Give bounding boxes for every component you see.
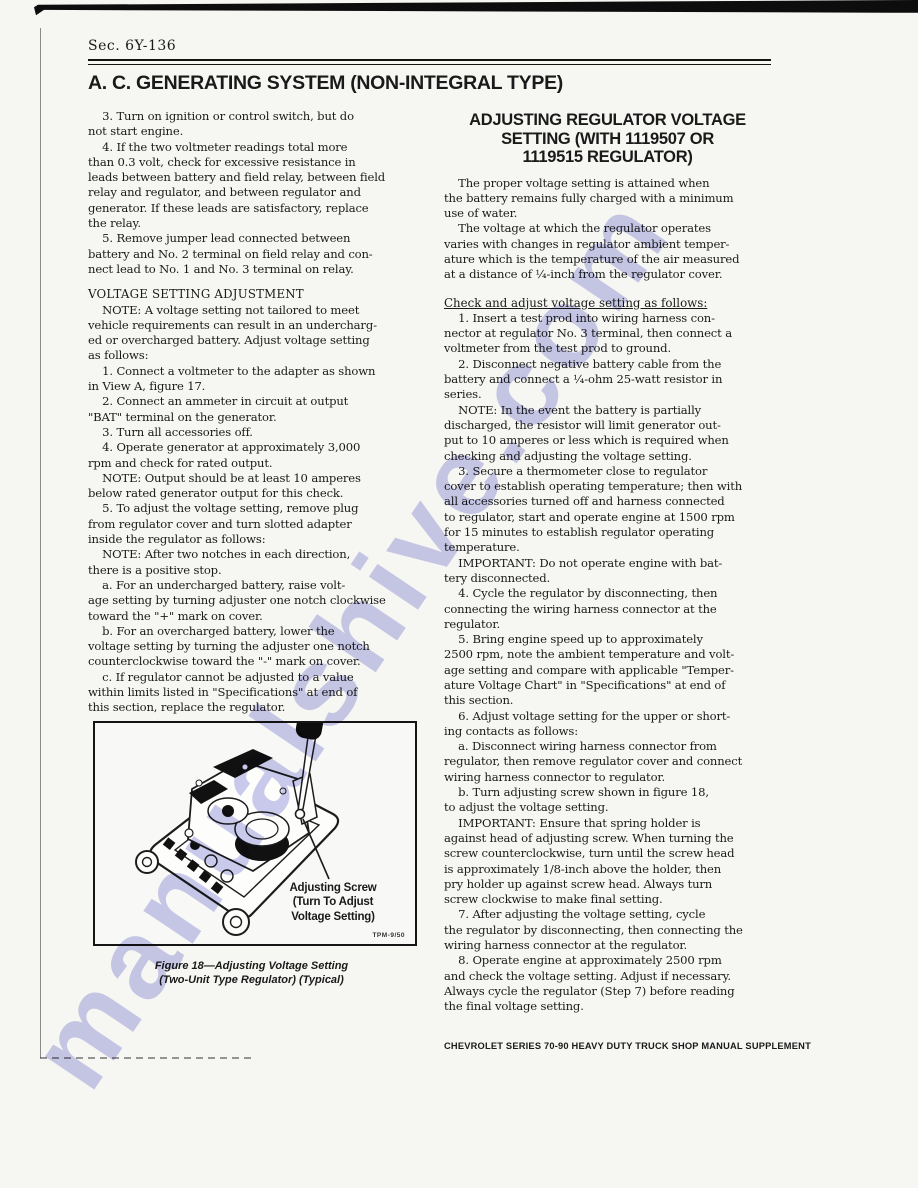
paragraph-note-discharged-battery: NOTE: In the event the battery is partia…	[444, 403, 771, 464]
paragraph-item-b: b. For an overcharged battery, lower the…	[88, 624, 415, 670]
subheading-voltage-setting-adjustment: VOLTAGE SETTING ADJUSTMENT	[88, 287, 415, 302]
figure-caption: Figure 18—Adjusting Voltage Setting (Two…	[88, 959, 415, 987]
paragraph-adj-step-4: 4. Operate generator at approximately 3,…	[88, 440, 415, 471]
paragraph-note-output: NOTE: Output should be at least 10 amper…	[88, 471, 415, 502]
paragraph-check-step-6: 6. Adjust voltage setting for the upper …	[444, 709, 771, 740]
paragraph-check-step-7: 7. After adjusting the voltage setting, …	[444, 907, 771, 953]
paragraph-note-notches: NOTE: After two notches in each directio…	[88, 547, 415, 578]
left-column: 3. Turn on ignition or control switch, b…	[88, 109, 415, 987]
paragraph-step-3: 3. Turn on ignition or control switch, b…	[88, 109, 415, 140]
header-divider-rule	[88, 59, 771, 65]
page-content: Sec. 6Y-136 A. C. GENERATING SYSTEM (NON…	[88, 38, 771, 1051]
right-column-heading: ADJUSTING REGULATOR VOLTAGE SETTING (WIT…	[444, 111, 771, 167]
paragraph-check-step-4: 4. Cycle the regulator by disconnecting,…	[444, 586, 771, 632]
paragraph-important-spring-holder: IMPORTANT: Ensure that spring holder is …	[444, 816, 771, 908]
figure-reference-code: TPM-9/50	[372, 932, 405, 939]
figure-callout-adjusting-screw: Adjusting Screw (Turn To Adjust Voltage …	[253, 881, 413, 925]
paragraph-item-b-right: b. Turn adjusting screw shown in figure …	[444, 785, 771, 816]
scan-bottom-edge-line	[40, 1057, 255, 1059]
paragraph-step-4: 4. If the two voltmeter readings total m…	[88, 140, 415, 232]
paragraph-check-step-1: 1. Insert a test prod into wiring harnes…	[444, 311, 771, 357]
paragraph-adj-step-2: 2. Connect an ammeter in circuit at outp…	[88, 394, 415, 425]
figure-18: Adjusting Screw (Turn To Adjust Voltage …	[93, 721, 417, 946]
page-title: A. C. GENERATING SYSTEM (NON-INTEGRAL TY…	[88, 72, 771, 95]
scan-top-edge-band	[0, 0, 918, 16]
paragraph-check-step-2: 2. Disconnect negative battery cable fro…	[444, 357, 771, 403]
paragraph-proper-voltage: The proper voltage setting is attained w…	[444, 176, 771, 222]
paragraph-adj-step-5: 5. To adjust the voltage setting, remove…	[88, 501, 415, 547]
section-label: Sec. 6Y-136	[88, 38, 771, 54]
paragraph-check-step-5: 5. Bring engine speed up to approximatel…	[444, 632, 771, 708]
subheading-check-and-adjust: Check and adjust voltage setting as foll…	[444, 296, 771, 311]
paragraph-check-step-8: 8. Operate engine at approximately 2500 …	[444, 953, 771, 1014]
footer-text: CHEVROLET SERIES 70-90 HEAVY DUTY TRUCK …	[444, 1041, 771, 1051]
paragraph-adj-step-3: 3. Turn all accessories off.	[88, 425, 415, 440]
paragraph-item-a: a. For an undercharged battery, raise vo…	[88, 578, 415, 624]
two-column-layout: 3. Turn on ignition or control switch, b…	[88, 109, 771, 1051]
paragraph-note-voltage: NOTE: A voltage setting not tailored to …	[88, 303, 415, 364]
paragraph-adj-step-1: 1. Connect a voltmeter to the adapter as…	[88, 364, 415, 395]
paragraph-item-c: c. If regulator cannot be adjusted to a …	[88, 670, 415, 716]
paragraph-check-step-3: 3. Secure a thermometer close to regulat…	[444, 464, 771, 556]
paragraph-step-5: 5. Remove jumper lead connected between …	[88, 231, 415, 277]
right-column: ADJUSTING REGULATOR VOLTAGE SETTING (WIT…	[444, 109, 771, 1051]
paragraph-ambient-temperature: The voltage at which the regulator opera…	[444, 221, 771, 282]
paragraph-important-battery: IMPORTANT: Do not operate engine with ba…	[444, 556, 771, 587]
scan-left-edge-line	[40, 28, 41, 1058]
paragraph-item-a-right: a. Disconnect wiring harness connector f…	[444, 739, 771, 785]
